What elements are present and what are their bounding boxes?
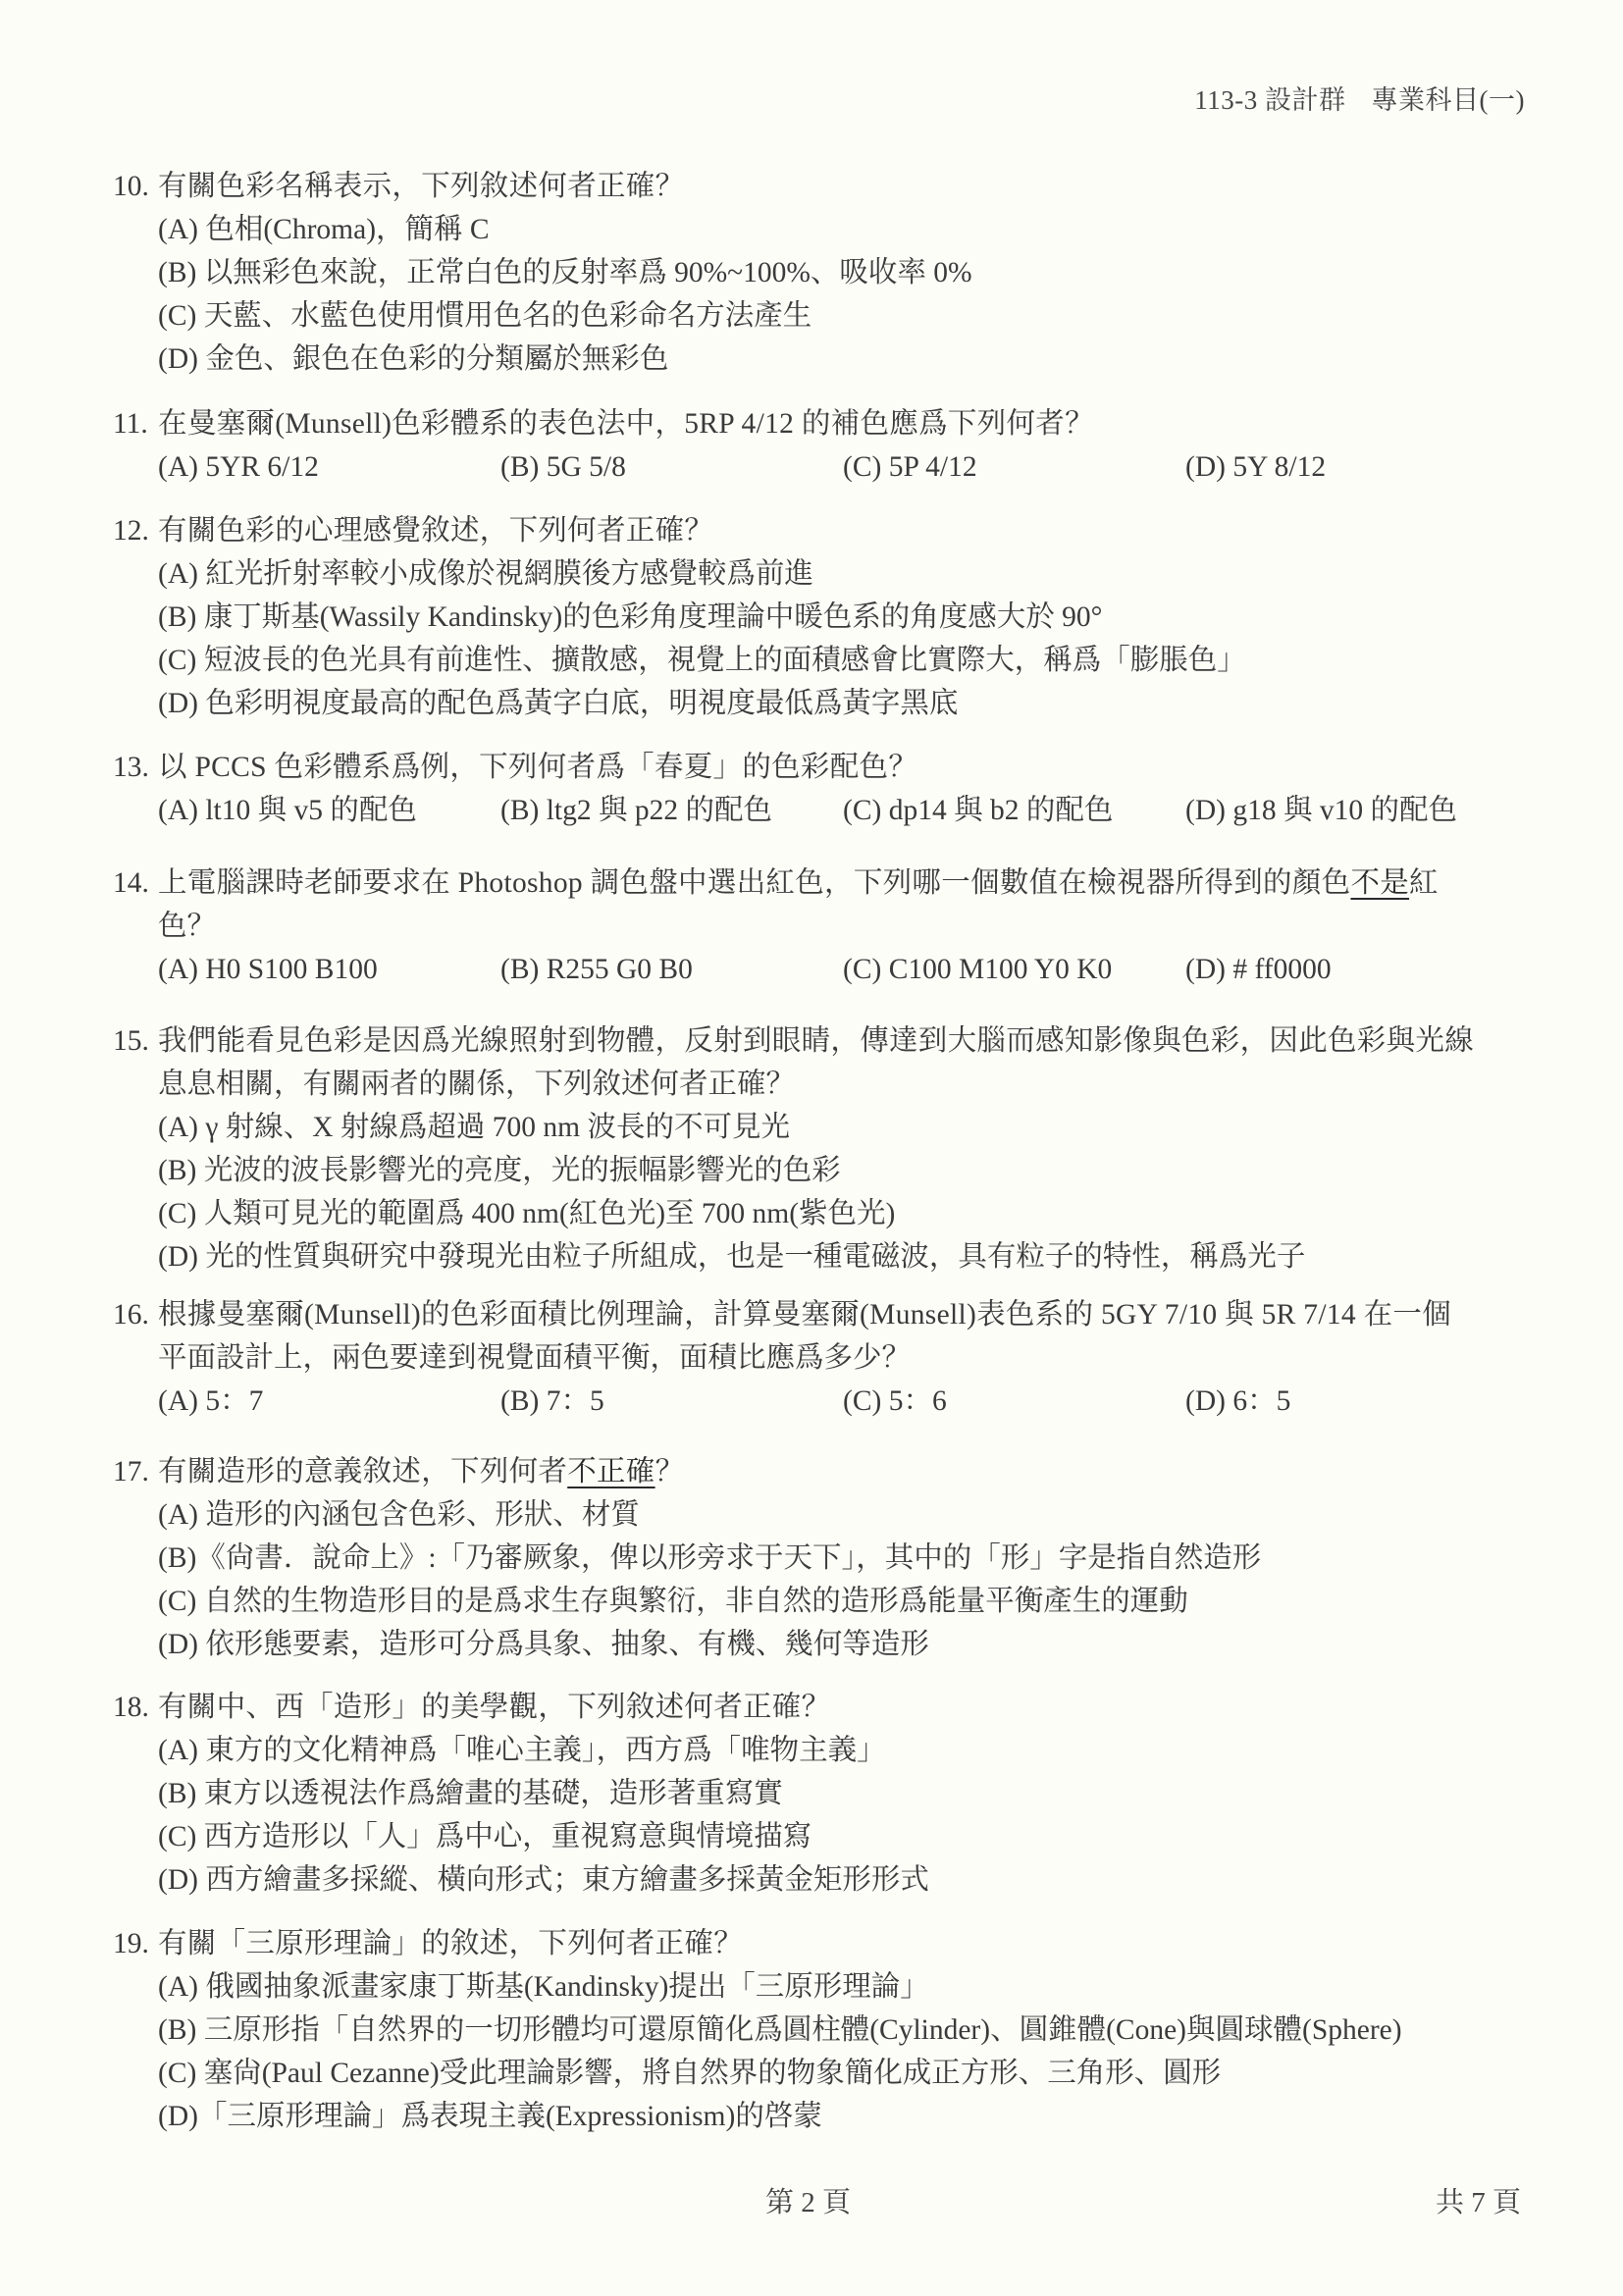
option-c: (C) 人類可見光的範圍爲 400 nm(紅色光)至 700 nm(紫色光) — [158, 1192, 1536, 1235]
question-18: 18.有關中、西「造形」的美學觀，下列敘述何者正確？ (A) 東方的文化精神爲「… — [113, 1686, 1536, 1902]
subject-title: 專業科目(一) — [1372, 85, 1525, 115]
question-13: 13.以 PCCS 色彩體系爲例，下列何者爲「春夏」的色彩配色？ (A) lt1… — [113, 746, 1536, 832]
option-a: (A) lt10 與 v5 的配色 — [158, 789, 500, 832]
question-stem-continued: 色？ — [113, 905, 1536, 948]
question-stem: 有關色彩名稱表示，下列敘述何者正確？ — [158, 165, 1536, 208]
option-a: (A) 東方的文化精神爲「唯心主義」，西方爲「唯物主義」 — [158, 1729, 1536, 1772]
page-header: 113-3 設計群專業科目(一) — [1194, 78, 1525, 117]
option-c: (C) C100 M100 Y0 K0 — [843, 948, 1185, 991]
option-b: (B) R255 G0 B0 — [500, 948, 843, 991]
exam-code: 113-3 設計群 — [1194, 85, 1345, 115]
question-number: 17. — [113, 1450, 158, 1493]
question-number: 13. — [113, 746, 158, 789]
option-c: (C) 西方造形以「人」爲中心，重視寫意與情境描寫 — [158, 1815, 1536, 1858]
option-d: (D) 金色、銀色在色彩的分類屬於無彩色 — [158, 338, 1536, 381]
question-stem: 根據曼塞爾(Munsell)的色彩面積比例理論，計算曼塞爾(Munsell)表色… — [158, 1293, 1536, 1336]
option-b: (B) 東方以透視法作爲繪畫的基礎，造形著重寫實 — [158, 1772, 1536, 1815]
question-14: 14.上電腦課時老師要求在 Photoshop 調色盤中選出紅色，下列哪一個數值… — [113, 861, 1536, 991]
question-17: 17.有關造形的意義敘述，下列何者不正確？ (A) 造形的內涵包含色彩、形狀、材… — [113, 1450, 1536, 1666]
option-a: (A) 5：7 — [158, 1380, 500, 1423]
option-c: (C) 天藍、水藍色使用慣用色名的色彩命名方法產生 — [158, 294, 1536, 338]
question-stem: 我們能看見色彩是因爲光線照射到物體，反射到眼睛，傳達到大腦而感知影像與色彩，因此… — [158, 1019, 1536, 1063]
question-number: 15. — [113, 1019, 158, 1063]
option-b: (B) 三原形指「自然界的一切形體均可還原簡化爲圓柱體(Cylinder)、圓錐… — [158, 2009, 1536, 2052]
option-d: (D) # ff0000 — [1185, 948, 1528, 991]
option-b: (B) ltg2 與 p22 的配色 — [500, 789, 843, 832]
question-10: 10.有關色彩名稱表示，下列敘述何者正確？ (A) 色相(Chroma)，簡稱 … — [113, 165, 1536, 381]
question-stem: 有關色彩的心理感覺敘述，下列何者正確？ — [158, 509, 1536, 552]
question-stem: 以 PCCS 色彩體系爲例，下列何者爲「春夏」的色彩配色？ — [158, 746, 1536, 789]
question-number: 19. — [113, 1922, 158, 1965]
question-number: 16. — [113, 1293, 158, 1336]
question-number: 12. — [113, 509, 158, 552]
option-b: (B) 7：5 — [500, 1380, 843, 1423]
option-a: (A) 紅光折射率較小成像於視網膜後方感覺較爲前進 — [158, 552, 1536, 596]
option-a: (A) H0 S100 B100 — [158, 948, 500, 991]
emphasis-underline: 不是 — [1350, 867, 1409, 899]
option-b: (B) 康丁斯基(Wassily Kandinsky)的色彩角度理論中暖色系的角… — [158, 596, 1536, 639]
question-number: 11. — [113, 402, 158, 445]
question-number: 14. — [113, 861, 158, 905]
question-15: 15.我們能看見色彩是因爲光線照射到物體，反射到眼睛，傳達到大腦而感知影像與色彩… — [113, 1019, 1536, 1278]
option-a: (A) 俄國抽象派畫家康丁斯基(Kandinsky)提出「三原形理論」 — [158, 1965, 1536, 2009]
question-number: 10. — [113, 165, 158, 208]
question-stem: 在曼塞爾(Munsell)色彩體系的表色法中，5RP 4/12 的補色應爲下列何… — [158, 402, 1536, 445]
page-number-total: 共 7 頁 — [1436, 2180, 1521, 2220]
question-11: 11.在曼塞爾(Munsell)色彩體系的表色法中，5RP 4/12 的補色應爲… — [113, 402, 1536, 489]
question-19: 19.有關「三原形理論」的敘述，下列何者正確？ (A) 俄國抽象派畫家康丁斯基(… — [113, 1922, 1536, 2138]
question-number: 18. — [113, 1686, 158, 1729]
option-a: (A) 造形的內涵包含色彩、形狀、材質 — [158, 1493, 1536, 1537]
option-b: (B) 以無彩色來說，正常白色的反射率爲 90%~100%、吸收率 0% — [158, 251, 1536, 294]
question-12: 12.有關色彩的心理感覺敘述，下列何者正確？ (A) 紅光折射率較小成像於視網膜… — [113, 509, 1536, 725]
emphasis-underline: 不正確 — [567, 1456, 654, 1487]
option-c: (C) 短波長的色光具有前進性、擴散感，視覺上的面積感會比實際大，稱爲「膨脹色」 — [158, 639, 1536, 682]
option-c: (C) 5P 4/12 — [843, 445, 1185, 489]
question-stem-continued: 息息相關，有關兩者的關係，下列敘述何者正確？ — [113, 1063, 1536, 1106]
option-a: (A) 5YR 6/12 — [158, 445, 500, 489]
option-d: (D) 色彩明視度最高的配色爲黃字白底，明視度最低爲黃字黑底 — [158, 682, 1536, 725]
question-stem: 有關「三原形理論」的敘述，下列何者正確？ — [158, 1922, 1536, 1965]
page-number-current: 第 2 頁 — [765, 2180, 851, 2220]
option-c: (C) 塞尙(Paul Cezanne)受此理論影響，將自然界的物象簡化成正方形… — [158, 2052, 1536, 2095]
option-c: (C) 自然的生物造形目的是爲求生存與繁衍，非自然的造形爲能量平衡產生的運動 — [158, 1580, 1536, 1623]
option-d: (D)「三原形理論」爲表現主義(Expressionism)的啓蒙 — [158, 2095, 1536, 2138]
option-d: (D) 西方繪畫多採縱、橫向形式；東方繪畫多採黃金矩形形式 — [158, 1858, 1536, 1902]
question-stem: 有關中、西「造形」的美學觀，下列敘述何者正確？ — [158, 1686, 1536, 1729]
option-c: (C) 5：6 — [843, 1380, 1185, 1423]
option-d: (D) 6：5 — [1185, 1380, 1528, 1423]
option-b: (B)《尙書．說命上》:「乃審厥象，俾以形旁求于天下」，其中的「形」字是指自然造… — [158, 1537, 1536, 1580]
question-16: 16.根據曼塞爾(Munsell)的色彩面積比例理論，計算曼塞爾(Munsell… — [113, 1293, 1536, 1423]
option-a: (A) γ 射線、X 射線爲超過 700 nm 波長的不可見光 — [158, 1106, 1536, 1149]
option-b: (B) 5G 5/8 — [500, 445, 843, 489]
question-stem: 有關造形的意義敘述，下列何者不正確？ — [158, 1450, 1536, 1493]
question-stem: 上電腦課時老師要求在 Photoshop 調色盤中選出紅色，下列哪一個數值在檢視… — [158, 861, 1536, 905]
option-a: (A) 色相(Chroma)，簡稱 C — [158, 208, 1536, 251]
option-d: (D) 光的性質與研究中發現光由粒子所組成，也是一種電磁波，具有粒子的特性，稱爲… — [158, 1235, 1536, 1278]
option-c: (C) dp14 與 b2 的配色 — [843, 789, 1185, 832]
option-b: (B) 光波的波長影響光的亮度，光的振幅影響光的色彩 — [158, 1149, 1536, 1192]
option-d: (D) 5Y 8/12 — [1185, 445, 1528, 489]
option-d: (D) 依形態要素，造形可分爲具象、抽象、有機、幾何等造形 — [158, 1623, 1536, 1666]
option-d: (D) g18 與 v10 的配色 — [1185, 789, 1528, 832]
question-stem-continued: 平面設計上，兩色要達到視覺面積平衡，面積比應爲多少？ — [113, 1336, 1536, 1380]
